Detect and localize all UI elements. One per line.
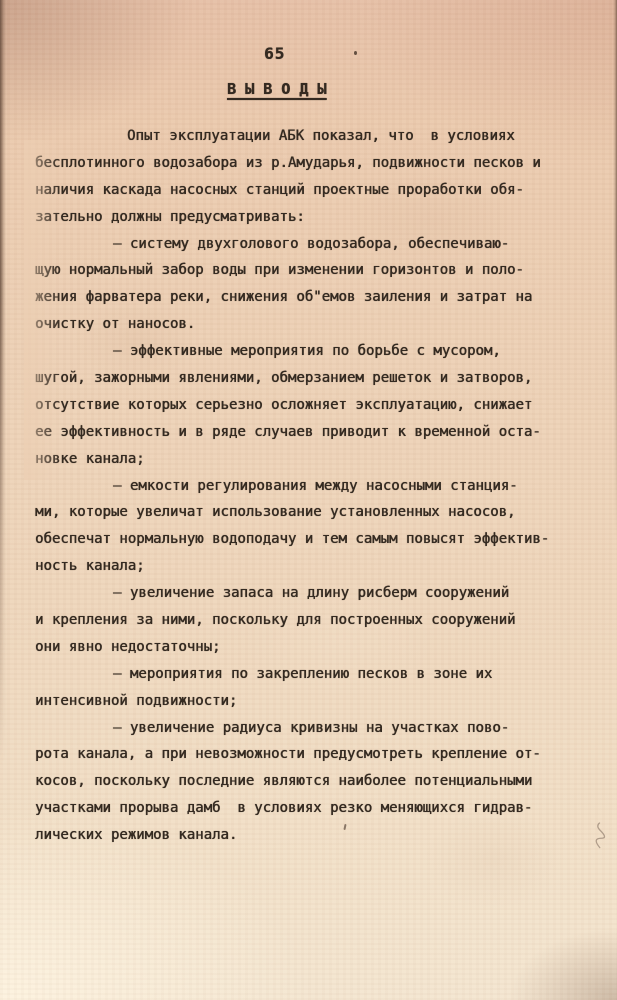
text-line: шугой, зажорными явлениями, обмерзанием … bbox=[35, 365, 595, 392]
text-line: обеспечат нормальную водоподачу и тем са… bbox=[35, 526, 595, 553]
bullet-paragraph: – увеличение запаса на длину рисберм соо… bbox=[35, 580, 595, 661]
text-line: зательно должны предусматривать: bbox=[35, 204, 595, 231]
text-line: Опыт эксплуатации АБК показал, что в усл… bbox=[35, 123, 595, 150]
text-line: – мероприятия по закреплению песков в зо… bbox=[35, 661, 595, 688]
text-line: – увеличение запаса на длину рисберм соо… bbox=[35, 580, 595, 607]
text-line: ность канала; bbox=[35, 553, 595, 580]
text-line: лических режимов канала. bbox=[35, 822, 595, 849]
text-line: – емкости регулирования между насосными … bbox=[35, 473, 595, 500]
page-number: 65 bbox=[264, 44, 285, 63]
scan-edge-right bbox=[613, 0, 617, 540]
body-text: Опыт эксплуатации АБК показал, что в усл… bbox=[35, 123, 595, 849]
text-line: ми, которые увеличат использование устан… bbox=[35, 499, 595, 526]
text-line: косов, поскольку последние являются наиб… bbox=[35, 768, 595, 795]
text-line: – увеличение радиуса кривизны на участка… bbox=[35, 715, 595, 742]
text-line: жения фарватера реки, снижения об"емов з… bbox=[35, 284, 595, 311]
scan-edge-left bbox=[0, 0, 6, 780]
text-line: – систему двухголового водозабора, обесп… bbox=[35, 231, 595, 258]
ink-dot-artifact bbox=[354, 51, 357, 55]
text-line: они явно недостаточны; bbox=[35, 634, 595, 661]
text-line: интенсивной подвижности; bbox=[35, 688, 595, 715]
text-line: участками прорыва дамб в условиях резко … bbox=[35, 795, 595, 822]
text-line: бесплотинного водозабора из р.Амударья, … bbox=[35, 150, 595, 177]
bullet-paragraph: – эффективные мероприятия по борьбе с му… bbox=[35, 338, 595, 472]
text-line: ее эффективность и в ряде случаев привод… bbox=[35, 419, 595, 446]
bullet-paragraph: – систему двухголового водозабора, обесп… bbox=[35, 231, 595, 339]
intro-paragraph: Опыт эксплуатации АБК показал, что в усл… bbox=[35, 123, 595, 231]
text-line: рота канала, а при невозможности предусм… bbox=[35, 741, 595, 768]
text-line: – эффективные мероприятия по борьбе с му… bbox=[35, 338, 595, 365]
text-line: очистку от наносов. bbox=[35, 311, 595, 338]
text-line: щую нормальный забор воды при изменении … bbox=[35, 257, 595, 284]
scanned-document-page: 65 В Ы В О Д Ы Опыт эксплуатации АБК пок… bbox=[0, 0, 617, 1000]
section-heading: В Ы В О Д Ы bbox=[227, 80, 326, 98]
bullet-paragraph: – емкости регулирования между насосными … bbox=[35, 473, 595, 581]
text-line: и крепления за ними, поскольку для постр… bbox=[35, 607, 595, 634]
bullet-paragraph: – увеличение радиуса кривизны на участка… bbox=[35, 715, 595, 849]
text-line: новке канала; bbox=[35, 446, 595, 473]
text-line: наличия каскада насосных станций проектн… bbox=[35, 177, 595, 204]
bullet-paragraph: – мероприятия по закреплению песков в зо… bbox=[35, 661, 595, 715]
text-line: отсутствие которых серьезно осложняет эк… bbox=[35, 392, 595, 419]
